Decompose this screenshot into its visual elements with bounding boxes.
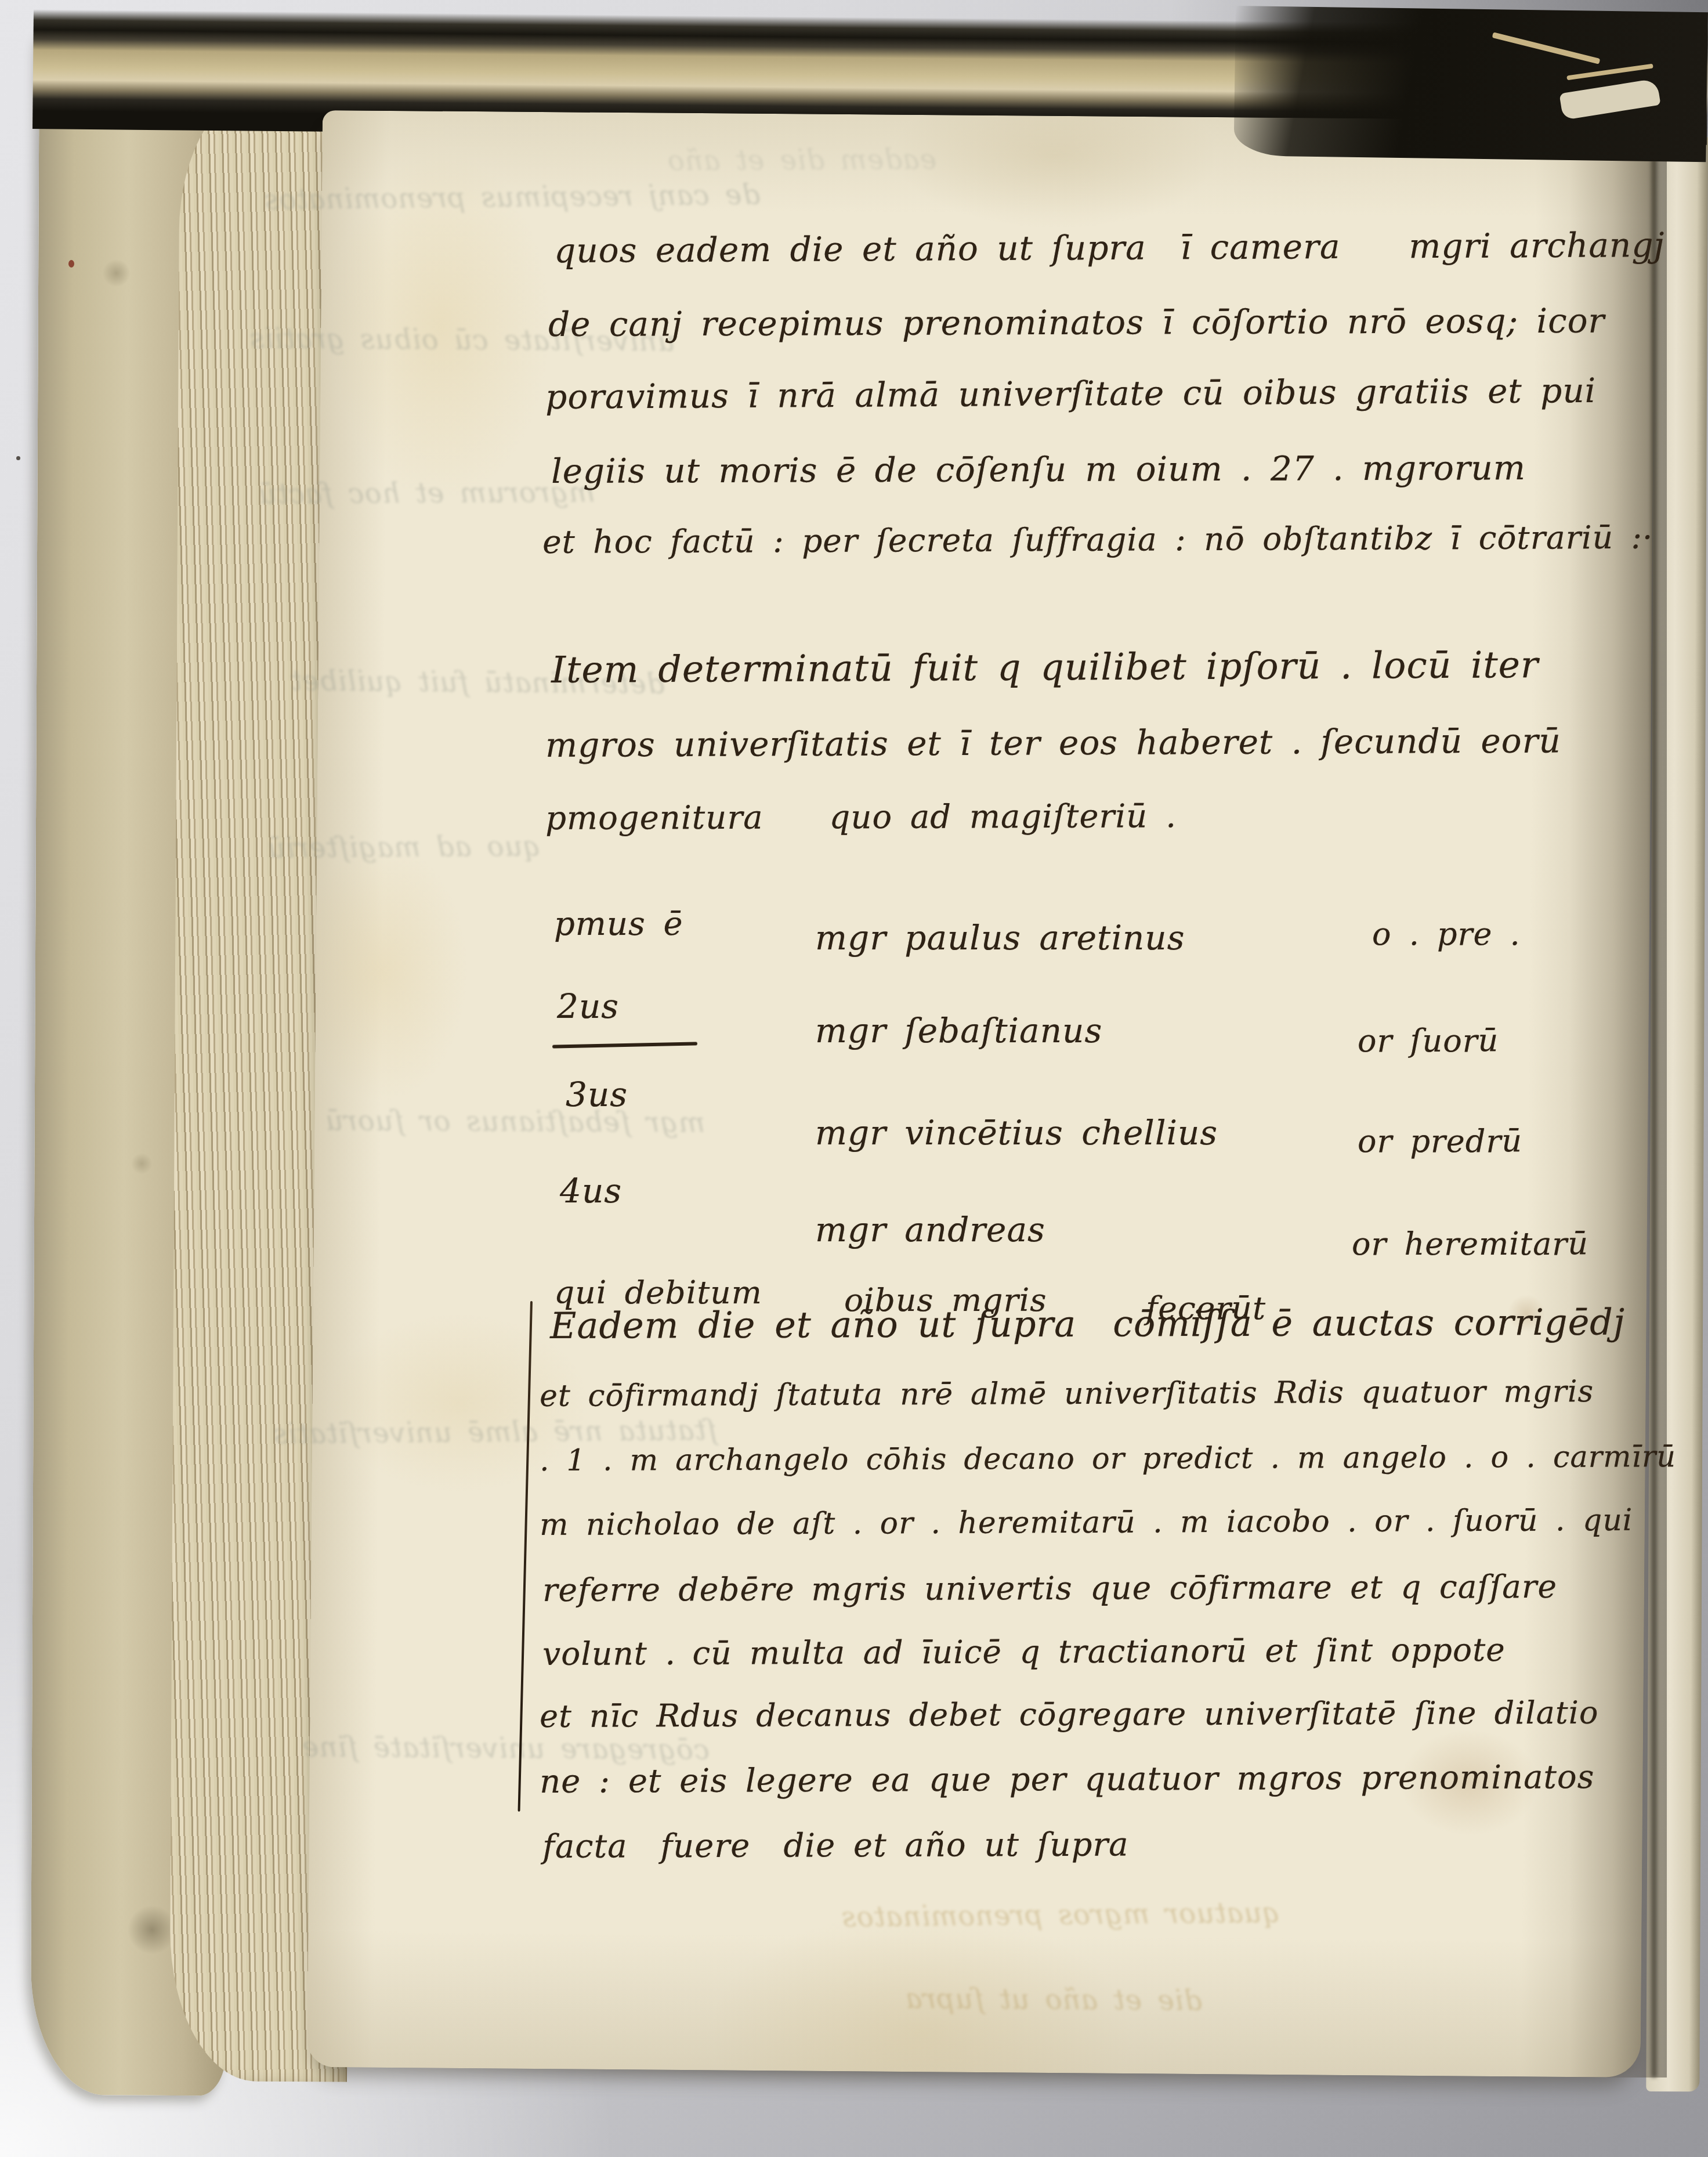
list-ordinal: 2us bbox=[557, 987, 619, 1026]
manuscript-line: referre debēre mgris univertis que cōfir… bbox=[542, 1568, 1557, 1609]
list-master-name: mgr andreas bbox=[815, 1210, 1045, 1249]
list-order: o . pre . bbox=[1372, 916, 1521, 952]
manuscript-line: Eadem die et año ut ſupra cōmiſſa ē auct… bbox=[550, 1301, 1625, 1347]
manuscript-line: et hoc factū : per ſecreta ſuffragia : n… bbox=[542, 519, 1653, 561]
manuscript-line: legiis ut moris ē de cōſenſu m oium . 27… bbox=[551, 448, 1526, 491]
manuscript-line: volunt . cū multa ad īuicē q tractianorū… bbox=[542, 1631, 1506, 1672]
list-ordinal: 3us bbox=[566, 1075, 628, 1114]
showthrough-line: mgrorum et hoc factū bbox=[258, 476, 595, 510]
list-ordinal: 4us bbox=[560, 1171, 622, 1211]
manuscript-line: de canj recepimus prenominatos ī cōſorti… bbox=[548, 301, 1605, 344]
showthrough-line: eadem die et año bbox=[667, 143, 936, 177]
list-ordinal: pmus ē bbox=[554, 905, 683, 943]
manuscript-line: Item determinatū fuit q quilibet ipſorū … bbox=[551, 644, 1539, 691]
manuscript-line: facta fuere die et año ut ſupra bbox=[542, 1826, 1129, 1866]
manuscript-line: . 1 . m archangelo cōhis decano or predi… bbox=[540, 1440, 1676, 1478]
list-master-name: mgr paulus aretinus bbox=[815, 918, 1185, 958]
showthrough-line: de canj recepimus prenominatos bbox=[264, 179, 761, 216]
manuscript-line: poravimus ī nrā almā univerſitate cū oib… bbox=[545, 371, 1596, 417]
manuscript-line: m nicholao de aſt . or . heremitarū . m … bbox=[540, 1503, 1633, 1542]
dark-speck bbox=[16, 456, 20, 460]
showthrough-line: mgr ſebaſtianus or ſuorū bbox=[325, 1104, 705, 1139]
list-order: or heremitarū bbox=[1352, 1226, 1588, 1262]
manuscript-line: ne : et eis legere ea que per quatuor mg… bbox=[540, 1758, 1595, 1801]
showthrough-line: quo ad magiſteriū bbox=[267, 830, 541, 864]
manuscript-scan: de canj recepimus prenominatos univerſit… bbox=[0, 0, 1708, 2157]
showthrough-line: cōgregare univerſitatē ſine bbox=[302, 1731, 710, 1766]
list-master-name: mgr ſebaſtianus bbox=[815, 1011, 1102, 1050]
red-speck bbox=[68, 260, 74, 268]
list-master-name: mgr vincētius chellius bbox=[815, 1113, 1218, 1152]
manuscript-line: et nīc Rdus decanus debet cōgregare univ… bbox=[540, 1694, 1598, 1735]
showthrough-line: quatuor mgros prenominatos bbox=[841, 1896, 1280, 1934]
manuscript-line: quos eadem die et año ut ſupra ī camera … bbox=[554, 225, 1665, 270]
manuscript-line: pmogenitura quo ad magiſteriū . bbox=[545, 797, 1177, 837]
manuscript-line: et cōfirmandj ſtatuta nrē almē univerſit… bbox=[540, 1374, 1594, 1414]
list-order: or predrū bbox=[1358, 1123, 1522, 1159]
manuscript-line: mgros univerſitatis et ī ter eos haberet… bbox=[545, 721, 1561, 765]
gutter-crease bbox=[1651, 128, 1657, 2077]
list-order: or ſuorū bbox=[1358, 1023, 1499, 1059]
showthrough-line: die et año ut ſupra bbox=[905, 1982, 1202, 2017]
